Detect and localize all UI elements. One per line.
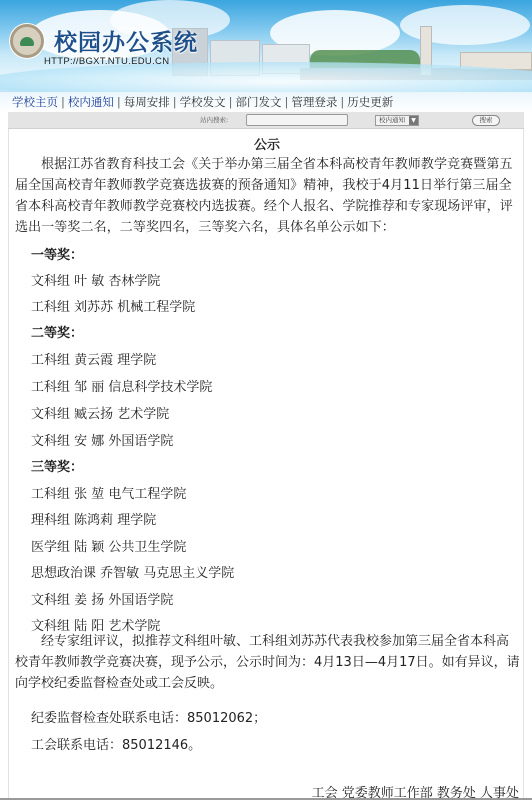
site-url: HTTP://BGXT.NTU.EDU.CN [44,56,169,67]
winner-item: 医学组 陆 颖 公共卫生学院 [31,536,186,555]
search-scope-select[interactable]: 校内通知 ▼ [375,115,419,126]
search-input[interactable] [246,114,348,126]
winner-item: 工科组 刘苏苏 机械工程学院 [31,296,195,315]
nav-item-admin-login[interactable]: 管理登录 [291,95,337,109]
nav-separator: | [229,95,233,109]
winner-item: 文科组 叶 敏 杏林学院 [31,270,160,289]
award-heading-second: 二等奖： [31,322,83,341]
header-banner: 校园办公系统 HTTP://BGXT.NTU.EDU.CN [0,0,532,92]
nav-item-school-documents[interactable]: 学校发文 [180,95,226,109]
nav-item-school-home[interactable]: 学校主页 [12,95,58,109]
search-scope-value: 校内通知 [379,116,405,124]
site-search-bar: 站内搜索: 校内通知 ▼ 搜索 [8,112,524,129]
winner-item: 文科组 姜 扬 外国语学院 [31,589,173,608]
contact-discipline-office: 纪委监督检查处联系电话：85012062； [31,707,266,726]
main-nav: 学校主页|校内通知|每周安排|学校发文|部门发文|管理登录|历史更新 [0,92,532,112]
nav-item-history-updates[interactable]: 历史更新 [347,95,393,109]
winner-item: 文科组 安 娜 外国语学院 [31,430,173,449]
article-content: 公示 根据江苏省教育科技工会《关于举办第三届全省本科高校青年教师教学竞赛暨第五届… [8,129,524,800]
nav-separator: | [61,95,65,109]
contact-union: 工会联系电话：85012146。 [31,734,201,753]
winner-item: 理科组 陈鸿莉 理学院 [31,509,156,528]
award-heading-first: 一等奖： [31,244,83,263]
winner-item: 工科组 邹 丽 信息科学技术学院 [31,376,212,395]
winner-item: 思想政治课 乔智敏 马克思主义学院 [31,562,234,581]
dropdown-arrow-icon: ▼ [409,116,418,125]
nav-item-department-documents[interactable]: 部门发文 [236,95,282,109]
search-button[interactable]: 搜索 [472,115,500,126]
winner-item: 工科组 黄云霞 理学院 [31,349,156,368]
nav-separator: | [117,95,121,109]
site-title: 校园办公系统 [54,24,198,57]
nav-item-weekly-schedule[interactable]: 每周安排 [124,95,170,109]
intro-paragraph: 根据江苏省教育科技工会《关于举办第三届全省本科高校青年教师教学竞赛暨第五届全国高… [15,154,521,238]
winner-item: 工科组 张 堃 电气工程学院 [31,483,186,502]
nav-separator: | [285,95,289,109]
nav-separator: | [173,95,177,109]
conclusion-paragraph: 经专家组评议，拟推荐文科组叶敏、工科组刘苏苏代表我校参加第三届全省本科高校青年教… [15,631,521,694]
page-title: 公示 [9,134,525,153]
nav-item-campus-notices[interactable]: 校内通知 [68,95,114,109]
logo-emblem-icon [20,37,34,46]
nav-separator: | [340,95,344,109]
award-heading-third: 三等奖： [31,456,83,475]
search-label: 站内搜索: [200,115,228,124]
university-logo-icon [10,24,44,58]
winner-item: 文科组 臧云扬 艺术学院 [31,403,169,422]
